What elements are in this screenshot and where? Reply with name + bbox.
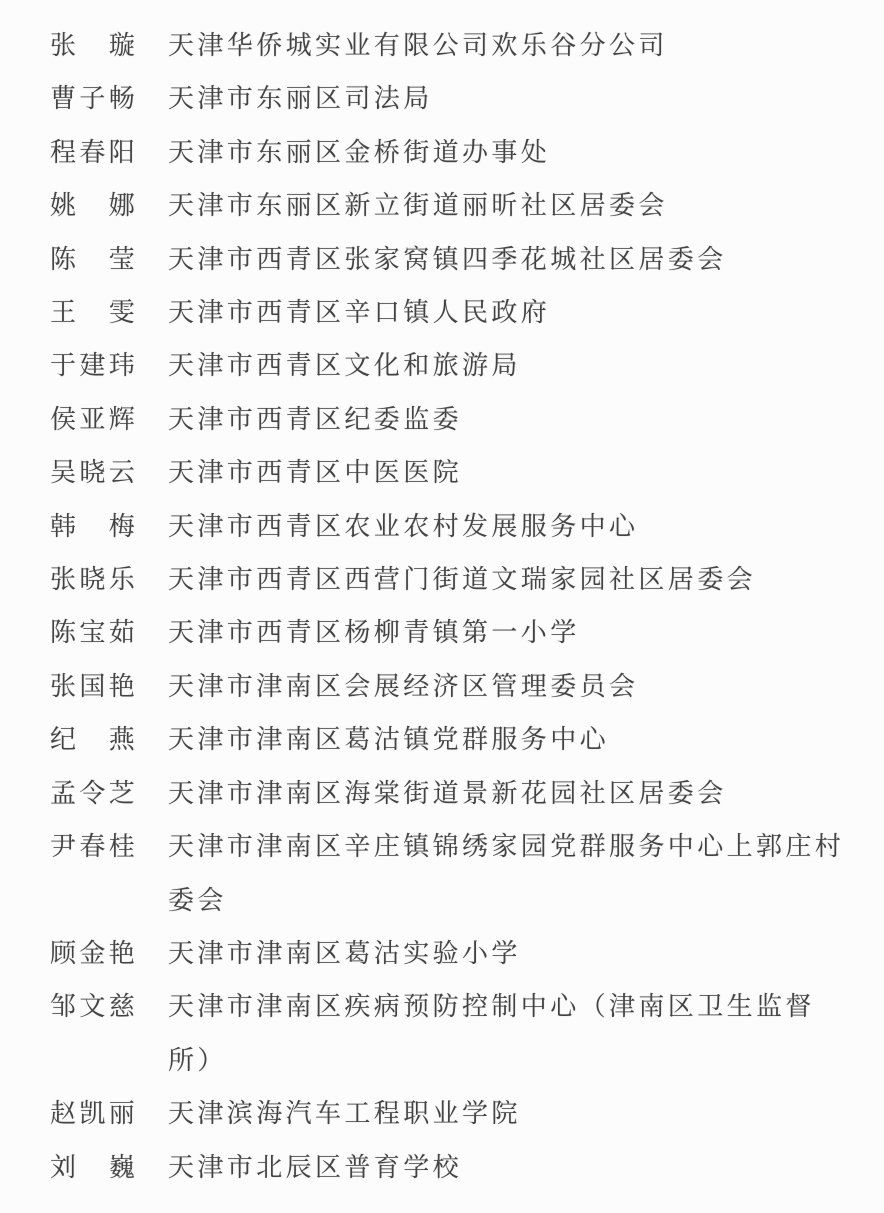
roster-entry: 韩 梅 天津市西青区农业农村发展服务中心 <box>50 500 884 553</box>
person-name: 张国艳 <box>50 660 138 713</box>
person-name: 于建玮 <box>50 339 138 392</box>
roster-entry: 尹春桂 天津市津南区辛庄镇锦绣家园党群服务中心上郭庄村 委会 <box>50 820 884 927</box>
roster-entry: 张 璇 天津华侨城实业有限公司欢乐谷分公司 <box>50 19 884 72</box>
organization-name: 天津市东丽区新立街道丽昕社区居委会 <box>168 179 668 232</box>
organization-name: 天津市西青区纪委监委 <box>168 393 462 446</box>
organization-name: 天津市津南区会展经济区管理委员会 <box>168 660 638 713</box>
organization-name: 天津市西青区辛口镇人民政府 <box>168 286 550 339</box>
person-name: 张晓乐 <box>50 553 138 606</box>
roster-entry: 姚 娜 天津市东丽区新立街道丽昕社区居委会 <box>50 179 884 232</box>
organization-name: 天津市津南区辛庄镇锦绣家园党群服务中心上郭庄村 委会 <box>168 820 844 927</box>
roster-entry: 顾金艳 天津市津南区葛沽实验小学 <box>50 927 884 980</box>
roster-entry: 纪 燕 天津市津南区葛沽镇党群服务中心 <box>50 713 884 766</box>
person-name: 陈宝茹 <box>50 606 138 659</box>
person-name: 陈 莹 <box>50 233 138 286</box>
person-name: 张 璇 <box>50 19 138 72</box>
organization-name: 天津市西青区农业农村发展服务中心 <box>168 500 638 553</box>
roster-entry: 赵凯丽 天津滨海汽车工程职业学院 <box>50 1087 884 1140</box>
person-name: 尹春桂 <box>50 820 138 873</box>
organization-name: 天津华侨城实业有限公司欢乐谷分公司 <box>168 19 668 72</box>
roster-entry: 邹文慈 天津市津南区疾病预防控制中心（津南区卫生监督 所） <box>50 980 884 1087</box>
organization-name: 天津市津南区葛沽实验小学 <box>168 927 521 980</box>
organization-name: 天津市北辰区普育学校 <box>168 1141 462 1194</box>
roster-entry: 曹子畅 天津市东丽区司法局 <box>50 72 884 125</box>
organization-name: 天津市西青区文化和旅游局 <box>168 339 521 392</box>
person-name: 纪 燕 <box>50 713 138 766</box>
person-name: 侯亚辉 <box>50 393 138 446</box>
roster-entry: 孟令芝 天津市津南区海棠街道景新花园社区居委会 <box>50 767 884 820</box>
person-name: 曹子畅 <box>50 72 138 125</box>
organization-name: 天津市西青区中医医院 <box>168 446 462 499</box>
organization-name: 天津市津南区海棠街道景新花园社区居委会 <box>168 767 727 820</box>
person-name: 邹文慈 <box>50 980 138 1033</box>
organization-name: 天津市东丽区司法局 <box>168 72 433 125</box>
person-name: 刘 巍 <box>50 1141 138 1194</box>
roster-entry: 侯亚辉 天津市西青区纪委监委 <box>50 393 884 446</box>
person-name: 吴晓云 <box>50 446 138 499</box>
organization-name: 天津滨海汽车工程职业学院 <box>168 1087 521 1140</box>
roster-entry: 陈 莹 天津市西青区张家窝镇四季花城社区居委会 <box>50 233 884 286</box>
document-page: 张 璇 天津华侨城实业有限公司欢乐谷分公司 曹子畅 天津市东丽区司法局 程春阳 … <box>0 0 884 1213</box>
person-name: 程春阳 <box>50 126 138 179</box>
person-name: 孟令芝 <box>50 767 138 820</box>
organization-name: 天津市西青区张家窝镇四季花城社区居委会 <box>168 233 727 286</box>
roster-entry: 张国艳 天津市津南区会展经济区管理委员会 <box>50 660 884 713</box>
organization-name: 天津市津南区葛沽镇党群服务中心 <box>168 713 609 766</box>
person-name: 赵凯丽 <box>50 1087 138 1140</box>
person-name: 姚 娜 <box>50 179 138 232</box>
roster-entry: 王 雯 天津市西青区辛口镇人民政府 <box>50 286 884 339</box>
roster-entry: 张晓乐 天津市西青区西营门街道文瑞家园社区居委会 <box>50 553 884 606</box>
organization-name: 天津市西青区杨柳青镇第一小学 <box>168 606 580 659</box>
roster-entry: 程春阳 天津市东丽区金桥街道办事处 <box>50 126 884 179</box>
roster-entry: 吴晓云 天津市西青区中医医院 <box>50 446 884 499</box>
person-name: 韩 梅 <box>50 500 138 553</box>
roster-entry: 于建玮 天津市西青区文化和旅游局 <box>50 339 884 392</box>
award-roster-list: 张 璇 天津华侨城实业有限公司欢乐谷分公司 曹子畅 天津市东丽区司法局 程春阳 … <box>0 0 884 1194</box>
person-name: 王 雯 <box>50 286 138 339</box>
roster-entry: 陈宝茹 天津市西青区杨柳青镇第一小学 <box>50 606 884 659</box>
roster-entry: 刘 巍 天津市北辰区普育学校 <box>50 1141 884 1194</box>
organization-name: 天津市西青区西营门街道文瑞家园社区居委会 <box>168 553 756 606</box>
person-name: 顾金艳 <box>50 927 138 980</box>
organization-name: 天津市东丽区金桥街道办事处 <box>168 126 550 179</box>
organization-name: 天津市津南区疾病预防控制中心（津南区卫生监督 所） <box>168 980 815 1087</box>
